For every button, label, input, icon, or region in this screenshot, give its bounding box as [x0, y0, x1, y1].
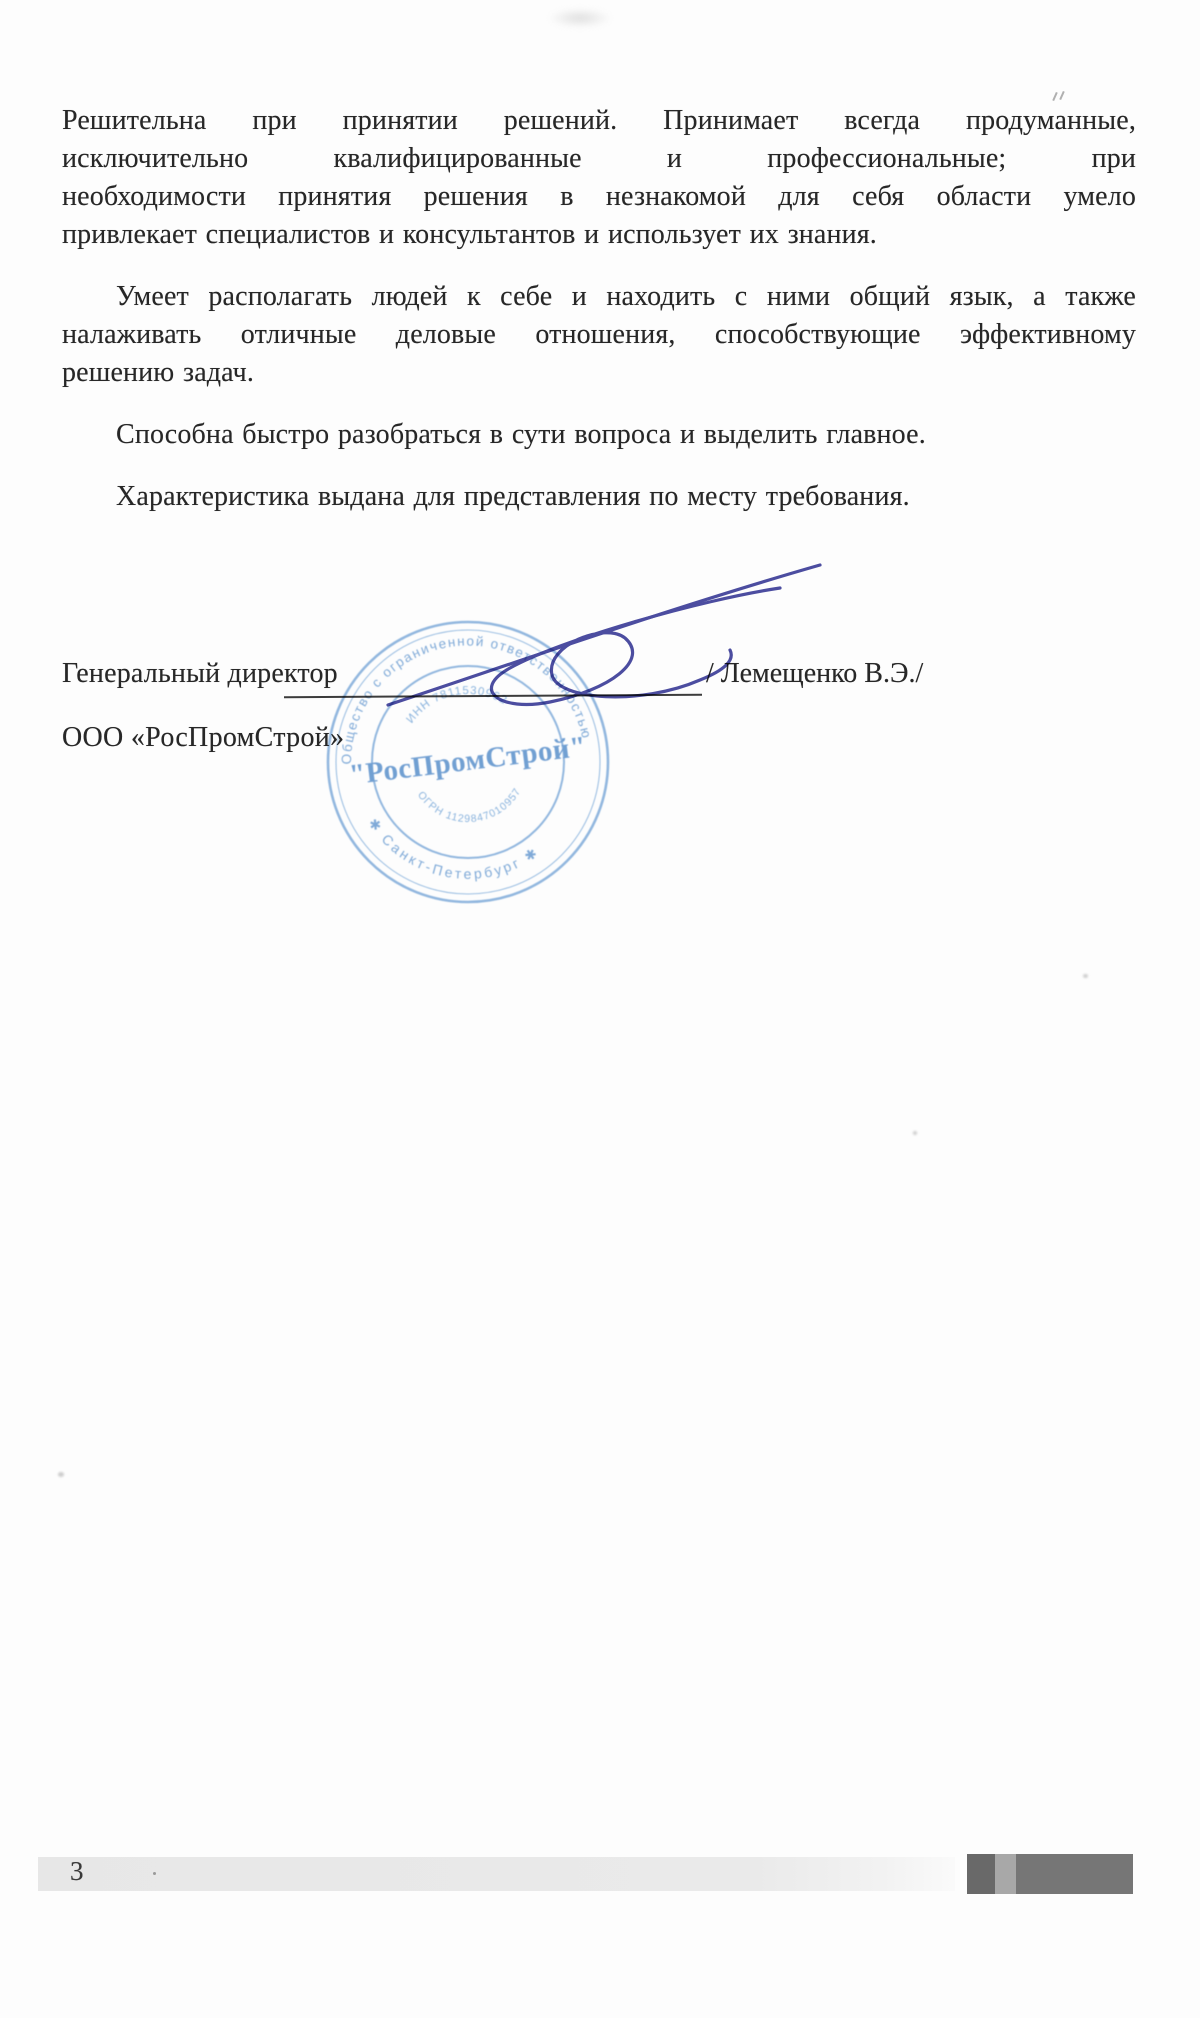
- stamp-city-text: ✱ Санкт-Петербург ✱: [365, 815, 542, 882]
- paragraph-line: решению задач.: [62, 354, 1136, 392]
- scan-speck: [1059, 91, 1064, 100]
- scan-smudge: [548, 8, 612, 28]
- paragraph-line: необходимости принятия решения в незнако…: [62, 178, 1136, 216]
- paragraph: Способна быстро разобраться в сути вопро…: [62, 416, 1136, 454]
- paragraph-line: Умеет располагать людей к себе и находит…: [62, 278, 1136, 316]
- document-body: Решительна при принятии решений. Принима…: [62, 102, 1136, 540]
- footer-dark-block: [1016, 1854, 1133, 1894]
- footer-mid-block: [995, 1854, 1016, 1894]
- footer-scan-bar: [38, 1857, 955, 1891]
- paragraph-line: привлекает специалистов и консультантов …: [62, 216, 1136, 254]
- scanned-document-page: Решительна при принятии решений. Принима…: [0, 0, 1200, 2018]
- scan-speck: [58, 1472, 64, 1477]
- paragraph: Умеет располагать людей к себе и находит…: [62, 278, 1136, 392]
- signer-org: ООО «РосПромСтрой»: [62, 722, 344, 754]
- scan-speck: [153, 1872, 156, 1875]
- paragraph-line: Характеристика выдана для представления …: [62, 478, 1136, 516]
- paragraph-line: налаживать отличные деловые отношения, с…: [62, 316, 1136, 354]
- scan-speck: [1052, 92, 1057, 101]
- signature-ink: [350, 520, 850, 740]
- scan-speck: [913, 1131, 917, 1135]
- paragraph: Характеристика выдана для представления …: [62, 478, 1136, 516]
- paragraph-line: Решительна при принятии решений. Принима…: [62, 102, 1136, 140]
- page-number: 3: [70, 1856, 84, 1887]
- footer-dark-block: [967, 1854, 995, 1894]
- signature-stroke: [491, 588, 780, 704]
- paragraph-line: Способна быстро разобраться в сути вопро…: [62, 416, 1136, 454]
- paragraph: Решительна при принятии решений. Принима…: [62, 102, 1136, 254]
- paragraph-line: исключительно квалифицированные и профес…: [62, 140, 1136, 178]
- signer-role-label: Генеральный директор: [62, 658, 338, 690]
- stamp-ogrn-text: ОГРН 1129847010957: [415, 786, 524, 825]
- scan-speck: [1083, 974, 1088, 978]
